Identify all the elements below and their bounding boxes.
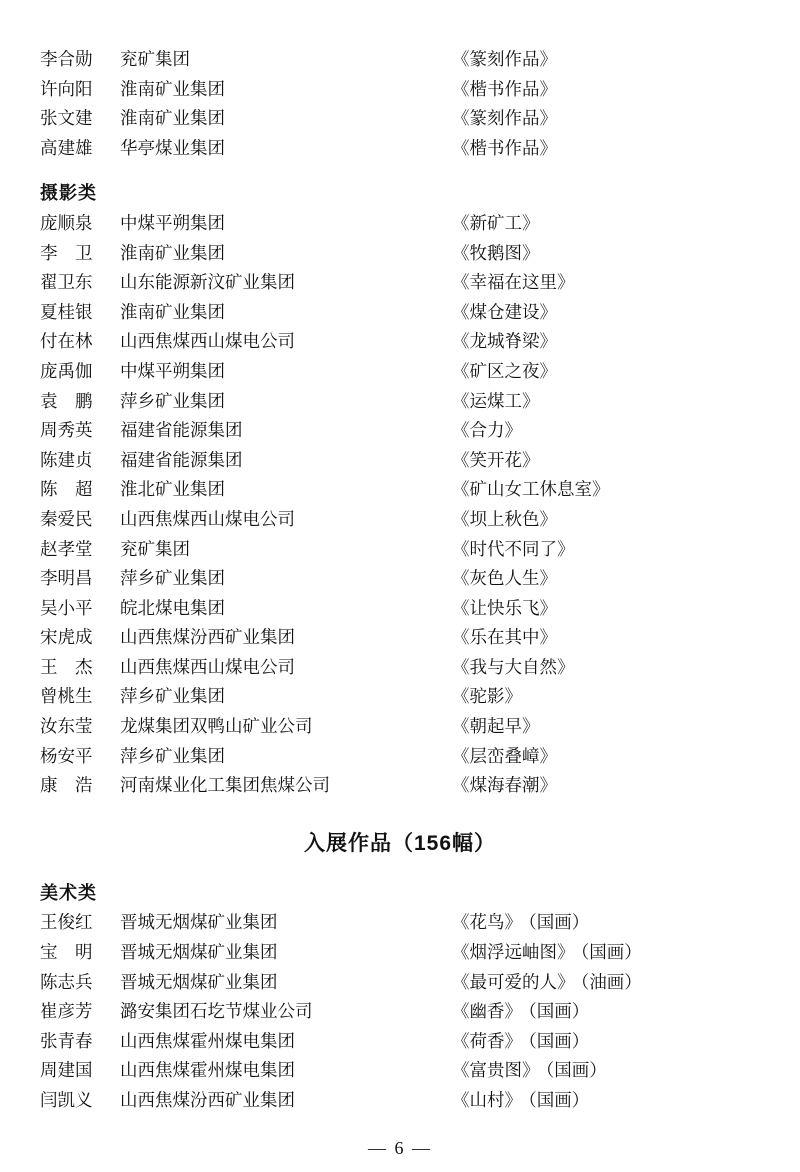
work-title: 《楷书作品》 [452,79,557,99]
calligraphy-rows: 李合勋 兖矿集团 《篆刻作品》 许向阳 淮南矿业集团 《楷书作品》 张文建 淮南… [40,45,760,163]
organization: 淮南矿业集团 [120,75,452,105]
entry-row: 吴小平 皖北煤电集团 《让快乐飞》 [40,594,760,624]
artist-name: 周建国 [40,1056,120,1086]
organization: 中煤平朔集团 [120,357,452,387]
work-medium: （国画） [546,1060,607,1080]
organization: 潞安集团石圪节煤业公司 [120,997,452,1027]
organization: 淮南矿业集团 [120,298,452,328]
entry-row: 闫凯义 山西焦煤汾西矿业集团 《山村》（国画） [40,1086,760,1116]
work-title: 《驼影》 [452,686,522,706]
entry-row: 赵孝堂 兖矿集团 《时代不同了》 [40,535,760,565]
organization: 山西焦煤西山煤电公司 [120,327,452,357]
section-heading-photography: 摄影类 [40,179,760,209]
organization: 萍乡矿业集团 [120,682,452,712]
work-medium: （国画） [528,912,589,932]
organization: 淮南矿业集团 [120,104,452,134]
organization: 山西焦煤霍州煤电集团 [120,1027,452,1057]
organization: 兖矿集团 [120,535,452,565]
work-title: 《乐在其中》 [452,627,557,647]
artist-name: 周秀英 [40,416,120,446]
exhibited-works-heading: 入展作品（156幅） [40,827,760,861]
work-title: 《花鸟》 [452,912,522,932]
work-title: 《坝上秋色》 [452,509,557,529]
entry-row: 周建国 山西焦煤霍州煤电集团 《富贵图》（国画） [40,1056,760,1086]
artist-name: 崔彦芳 [40,997,120,1027]
artist-name: 庞禹伽 [40,357,120,387]
entry-row: 秦爱民 山西焦煤西山煤电公司 《坝上秋色》 [40,505,760,535]
work-title: 《牧鹅图》 [452,243,540,263]
organization: 山西焦煤汾西矿业集团 [120,623,452,653]
work-title: 《层峦叠嶂》 [452,746,557,766]
organization: 河南煤业化工集团焦煤公司 [120,771,452,801]
entry-row: 庞禹伽 中煤平朔集团 《矿区之夜》 [40,357,760,387]
entry-row: 袁 鹏 萍乡矿业集团 《运煤工》 [40,387,760,417]
artist-name: 王俊红 [40,908,120,938]
artist-name: 曾桃生 [40,682,120,712]
work-title: 《龙城脊梁》 [452,331,557,351]
entry-row: 曾桃生 萍乡矿业集团 《驼影》 [40,682,760,712]
organization: 晋城无烟煤矿业集团 [120,908,452,938]
entry-row: 高建雄 华亭煤业集团 《楷书作品》 [40,134,760,164]
artist-name: 许向阳 [40,75,120,105]
work-title: 《烟浮远岫图》 [452,942,575,962]
entry-row: 陈志兵 晋城无烟煤矿业集团 《最可爱的人》（油画） [40,968,760,998]
organization: 晋城无烟煤矿业集团 [120,938,452,968]
work-title: 《幽香》 [452,1001,522,1021]
artist-name: 李合勋 [40,45,120,75]
artist-name: 杨安平 [40,742,120,772]
work-title: 《荷香》 [452,1031,522,1051]
work-title: 《新矿工》 [452,213,540,233]
work-title: 《幸福在这里》 [452,272,575,292]
entry-row: 付在林 山西焦煤西山煤电公司 《龙城脊梁》 [40,327,760,357]
photography-rows: 庞顺泉 中煤平朔集团 《新矿工》 李 卫 淮南矿业集团 《牧鹅图》 翟卫东 山东… [40,209,760,801]
organization: 中煤平朔集团 [120,209,452,239]
organization: 淮南矿业集团 [120,239,452,269]
work-title: 《楷书作品》 [452,138,557,158]
art-rows: 王俊红 晋城无烟煤矿业集团 《花鸟》（国画） 宝 明 晋城无烟煤矿业集团 《烟浮… [40,908,760,1115]
organization: 萍乡矿业集团 [120,564,452,594]
artist-name: 吴小平 [40,594,120,624]
work-medium: （国画） [528,1001,589,1021]
entry-row: 杨安平 萍乡矿业集团 《层峦叠嶂》 [40,742,760,772]
organization: 山东能源新汶矿业集团 [120,268,452,298]
work-title: 《时代不同了》 [452,539,575,559]
artist-name: 付在林 [40,327,120,357]
work-title: 《矿区之夜》 [452,361,557,381]
entry-row: 康 浩 河南煤业化工集团焦煤公司 《煤海春潮》 [40,771,760,801]
artist-name: 张文建 [40,104,120,134]
document-page: 李合勋 兖矿集团 《篆刻作品》 许向阳 淮南矿业集团 《楷书作品》 张文建 淮南… [0,0,800,1116]
artist-name: 翟卫东 [40,268,120,298]
artist-name: 夏桂银 [40,298,120,328]
organization: 华亭煤业集团 [120,134,452,164]
page-number: — 6 — [0,1138,800,1159]
work-title: 《煤海春潮》 [452,775,557,795]
artist-name: 陈建贞 [40,446,120,476]
work-medium: （国画） [528,1031,589,1051]
organization: 山西焦煤西山煤电公司 [120,505,452,535]
entry-row: 宋虎成 山西焦煤汾西矿业集团 《乐在其中》 [40,623,760,653]
work-title: 《山村》 [452,1090,522,1110]
artist-name: 汝东莹 [40,712,120,742]
entry-row: 张青春 山西焦煤霍州煤电集团 《荷香》（国画） [40,1027,760,1057]
entry-row: 陈建贞 福建省能源集团 《笑开花》 [40,446,760,476]
entry-row: 宝 明 晋城无烟煤矿业集团 《烟浮远岫图》（国画） [40,938,760,968]
entry-row: 汝东莹 龙煤集团双鸭山矿业公司 《朝起早》 [40,712,760,742]
artist-name: 张青春 [40,1027,120,1057]
artist-name: 王 杰 [40,653,120,683]
artist-name: 宋虎成 [40,623,120,653]
artist-name: 袁 鹏 [40,387,120,417]
work-title: 《朝起早》 [452,716,540,736]
work-title: 《让快乐飞》 [452,598,557,618]
organization: 福建省能源集团 [120,446,452,476]
section-heading-art: 美术类 [40,879,760,909]
artist-name: 康 浩 [40,771,120,801]
entry-row: 李 卫 淮南矿业集团 《牧鹅图》 [40,239,760,269]
entry-row: 崔彦芳 潞安集团石圪节煤业公司 《幽香》（国画） [40,997,760,1027]
entry-row: 王俊红 晋城无烟煤矿业集团 《花鸟》（国画） [40,908,760,938]
entry-row: 陈 超 淮北矿业集团 《矿山女工休息室》 [40,475,760,505]
organization: 淮北矿业集团 [120,475,452,505]
organization: 龙煤集团双鸭山矿业公司 [120,712,452,742]
artist-name: 赵孝堂 [40,535,120,565]
work-medium: （国画） [528,1090,589,1110]
entry-row: 李明昌 萍乡矿业集团 《灰色人生》 [40,564,760,594]
work-title: 《煤仓建设》 [452,302,557,322]
work-medium: （油画） [581,972,642,992]
work-title: 《运煤工》 [452,391,540,411]
work-title: 《我与大自然》 [452,657,575,677]
artist-name: 陈 超 [40,475,120,505]
entry-row: 许向阳 淮南矿业集团 《楷书作品》 [40,75,760,105]
entry-row: 庞顺泉 中煤平朔集团 《新矿工》 [40,209,760,239]
entry-row: 夏桂银 淮南矿业集团 《煤仓建设》 [40,298,760,328]
organization: 山西焦煤汾西矿业集团 [120,1086,452,1116]
work-title: 《篆刻作品》 [452,108,557,128]
entry-row: 李合勋 兖矿集团 《篆刻作品》 [40,45,760,75]
artist-name: 陈志兵 [40,968,120,998]
artist-name: 庞顺泉 [40,209,120,239]
artist-name: 闫凯义 [40,1086,120,1116]
entry-row: 王 杰 山西焦煤西山煤电公司 《我与大自然》 [40,653,760,683]
artist-name: 李明昌 [40,564,120,594]
entry-row: 翟卫东 山东能源新汶矿业集团 《幸福在这里》 [40,268,760,298]
organization: 山西焦煤西山煤电公司 [120,653,452,683]
organization: 萍乡矿业集团 [120,742,452,772]
artist-name: 宝 明 [40,938,120,968]
work-title: 《笑开花》 [452,450,540,470]
organization: 皖北煤电集团 [120,594,452,624]
work-title: 《富贵图》 [452,1060,540,1080]
artist-name: 高建雄 [40,134,120,164]
work-title: 《矿山女工休息室》 [452,479,610,499]
work-title: 《合力》 [452,420,522,440]
organization: 山西焦煤霍州煤电集团 [120,1056,452,1086]
work-title: 《篆刻作品》 [452,49,557,69]
artist-name: 李 卫 [40,239,120,269]
organization: 兖矿集团 [120,45,452,75]
entry-row: 张文建 淮南矿业集团 《篆刻作品》 [40,104,760,134]
work-title: 《最可爱的人》 [452,972,575,992]
work-title: 《灰色人生》 [452,568,557,588]
organization: 福建省能源集团 [120,416,452,446]
organization: 萍乡矿业集团 [120,387,452,417]
artist-name: 秦爱民 [40,505,120,535]
organization: 晋城无烟煤矿业集团 [120,968,452,998]
work-medium: （国画） [581,942,642,962]
entry-row: 周秀英 福建省能源集团 《合力》 [40,416,760,446]
